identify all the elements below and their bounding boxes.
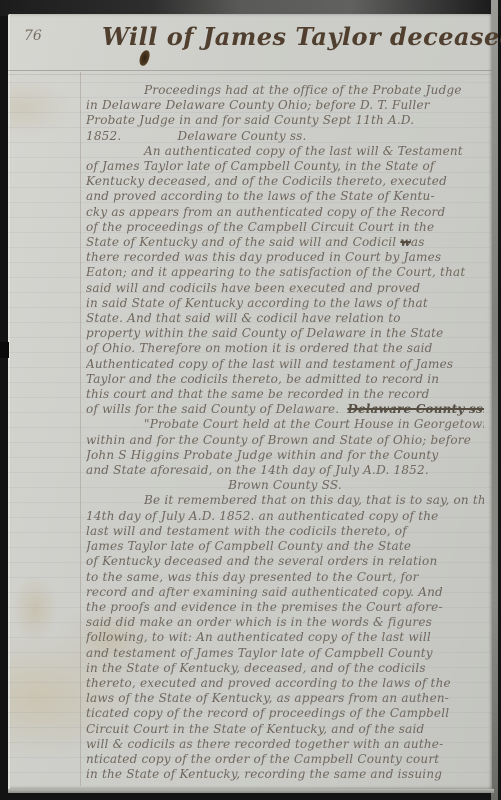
manuscript-line: within and for the County of Brown and S… (86, 433, 484, 448)
ledger-photo-background: 76 Will of James Taylor deceased. Procee… (0, 0, 501, 800)
manuscript-line: of Kentucky deceased and the several ord… (86, 554, 484, 569)
manuscript-line: Proceedings had at the office of the Pro… (86, 83, 484, 98)
manuscript-line: of wills for the said County of Delaware… (86, 402, 484, 417)
manuscript-line: to the same, was this day presented to t… (86, 570, 484, 585)
struck-text: w (400, 235, 411, 249)
manuscript-line: cky as appears from an authenticated cop… (86, 205, 484, 220)
manuscript-line: said will and codicils have been execute… (86, 281, 484, 296)
manuscript-line: there recorded was this day produced in … (86, 250, 484, 265)
manuscript-line: State. And that said will & codicil have… (86, 311, 484, 326)
manuscript-line: in said State of Kentucky according to t… (86, 296, 484, 311)
manuscript-line: Circuit Court in the State of Kentucky, … (86, 722, 484, 737)
manuscript-line: in the State of Kentucky, deceased, and … (86, 661, 484, 676)
manuscript-line: of the proceedings of the Campbell Circu… (86, 220, 484, 235)
manuscript-line: "Probate Court held at the Court House i… (86, 417, 484, 432)
book-page-edges-bottom (8, 789, 494, 793)
manuscript-line: said did make an order which is in the w… (86, 615, 484, 630)
manuscript-line: in Delaware Delaware County Ohio; before… (86, 98, 484, 113)
struck-text: Delaware County ss: (347, 402, 484, 416)
manuscript-line: Taylor and the codicils thereto, be admi… (86, 372, 484, 387)
manuscript-line: last will and testament with the codicil… (86, 524, 484, 539)
manuscript-line: of Ohio. Therefore on motion it is order… (86, 341, 484, 356)
margin-line (80, 72, 81, 786)
manuscript-line: will & codicils as there recorded togeth… (86, 737, 484, 752)
ink-blot (138, 49, 151, 67)
manuscript-line: of James Taylor late of Campbell County,… (86, 159, 484, 174)
manuscript-line: Be it remembered that on this day, that … (86, 493, 484, 508)
page-title: Will of James Taylor deceased. (102, 22, 501, 51)
manuscript-line: and proved according to the laws of the … (86, 189, 484, 204)
ledger-page: 76 Will of James Taylor deceased. Procee… (8, 14, 492, 790)
manuscript-line: ticated copy of the record of proceeding… (86, 706, 484, 721)
manuscript-line: Brown County SS. (86, 478, 484, 493)
manuscript-line: nticated copy of the order of the Campbe… (86, 752, 484, 767)
manuscript-line: and testament of James Taylor late of Ca… (86, 646, 484, 661)
page-number: 76 (24, 28, 42, 44)
manuscript-line: following, to wit: An authenticated copy… (86, 630, 484, 645)
manuscript-line: Probate Judge in and for said County Sep… (86, 113, 484, 128)
manuscript-line: An authenticated copy of the last will &… (86, 144, 484, 159)
foxing-stain (12, 574, 58, 644)
manuscript-line: 1852. Delaware County ss. (86, 129, 484, 144)
binder-notch (0, 342, 9, 358)
book-page-edges-right (491, 0, 498, 800)
manuscript-line: Eaton; and it appearing to the satisfact… (86, 265, 484, 280)
manuscript-line: the proofs and evidence in the premises … (86, 600, 484, 615)
manuscript-line: property within the said County of Delaw… (86, 326, 484, 341)
manuscript-line: thereto, executed and proved according t… (86, 676, 484, 691)
manuscript-body: Proceedings had at the office of the Pro… (86, 83, 484, 784)
manuscript-line: laws of the State of Kentucky, as appear… (86, 691, 484, 706)
manuscript-line: Kentucky deceased, and of the Codicils t… (86, 174, 484, 189)
manuscript-line: James Taylor late of Campbell County and… (86, 539, 484, 554)
manuscript-line: 14th day of July A.D. 1852. an authentic… (86, 509, 484, 524)
manuscript-line: John S Higgins Probate Judge within and … (86, 448, 484, 463)
header-rule (8, 70, 492, 71)
manuscript-line: and State aforesaid, on the 14th day of … (86, 463, 484, 478)
manuscript-line: in the State of Kentucky, recording the … (86, 767, 484, 782)
manuscript-line: this court and that the same be recorded… (86, 387, 484, 402)
manuscript-line: State of Kentucky and of the said will a… (86, 235, 484, 250)
manuscript-line: record and after examining said authenti… (86, 585, 484, 600)
manuscript-line: Authenticated copy of the last will and … (86, 357, 484, 372)
